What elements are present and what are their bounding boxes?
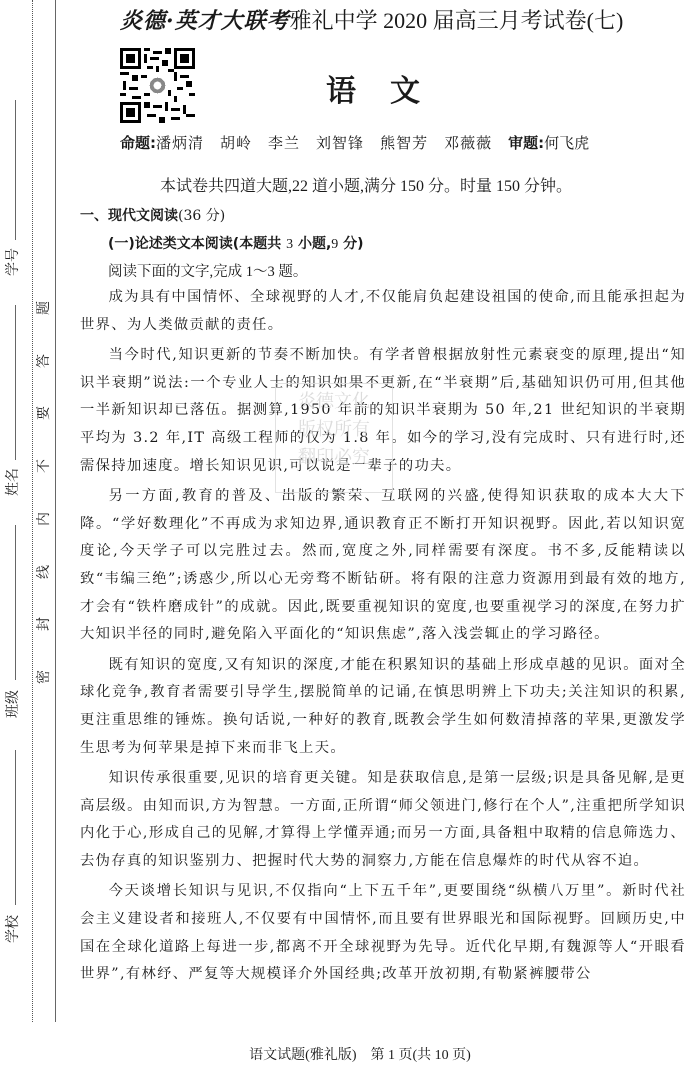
seal-char: 线 [36,565,52,579]
name-label: 姓名 [5,476,21,496]
subject-title: 语文 [326,66,454,110]
seal-char: 密 [36,670,52,684]
qr-code-icon [120,48,195,123]
passage-paragraph: 当今时代,知识更新的节奏不断加快。有学者曾根据放射性元素衰变的原理,提出“知识半… [80,342,686,480]
section-heading: 一、现代文阅读(36 分) [80,205,225,225]
exam-title: 炎德·英才大联考雅礼中学 2020 届高三月考试卷(七) [120,4,680,35]
setter-name: 李兰 [268,134,300,152]
seal-char: 要 [36,406,52,420]
setter-name: 刘智锋 [316,134,364,152]
booklet-name: 语文试题(雅礼版) [249,1048,356,1063]
reading-instruction: 阅读下面的文字,完成 1～3 题。 [108,260,307,281]
setter-label: 命题: [120,134,156,152]
exam-name: 雅礼中学 2020 届高三月考试卷(七) [290,8,624,33]
passage-paragraph: 知识传承很重要,见识的培育更关键。知是获取信息,是第一层级;识是具备见解,是更高… [80,765,686,875]
setter-name: 邓薇薇 [444,134,492,152]
seal-char: 题 [36,301,52,315]
seal-char: 不 [36,459,52,473]
seal-char: 答 [36,354,52,368]
section-title: 一、现代文阅读 [80,208,178,224]
subsection-mid: 小题, [293,236,331,252]
student-id-underline [15,100,16,240]
exam-info: 本试卷共四道大题,22 道小题,满分 150 分。时量 150 分钟。 [160,173,572,196]
section-points: (36 分) [178,208,225,224]
qr-code-graphic [120,48,195,123]
school-label: 学校 [5,923,21,943]
seal-char: 封 [36,617,52,631]
subsection-title: (一)论述类文本阅读(本题共 [108,236,286,252]
reading-passage: 成为具有中国情怀、全球视野的人才,不仅能肩负起建设祖国的使命,而且能承担起为世界… [80,284,686,989]
class-label: 班级 [5,698,21,718]
setter-names: 潘炳清胡岭李兰刘智锋熊智芳邓薇薇 [156,134,508,152]
setter-name: 胡岭 [220,134,252,152]
brand-name: 炎德·英才大联考 [120,8,290,34]
student-id-label: 学号 [5,256,21,276]
passage-paragraph: 成为具有中国情怀、全球视野的人才,不仅能肩负起建设祖国的使命,而且能承担起为世界… [80,284,686,339]
seal-line-solid [55,0,56,1022]
reviewer-name: 何飞虎 [544,134,589,152]
page-footer: 语文试题(雅礼版)第 1 页(共 10 页) [0,1044,700,1064]
passage-paragraph: 既有知识的宽度,又有知识的深度,才能在积累知识的基础上形成卓越的见识。面对全球化… [80,652,686,762]
page-number: 第 1 页(共 10 页) [371,1048,471,1063]
reviewer-label: 审题: [508,134,544,152]
subsection-heading: (一)论述类文本阅读(本题共 3 小题,9 分) [108,233,364,253]
seal-char: 内 [36,512,52,526]
passage-paragraph: 另一方面,教育的普及、出版的繁荣、互联网的兴盛,使得知识获取的成本大大下降。“学… [80,483,686,649]
authors-line: 命题:潘炳清胡岭李兰刘智锋熊智芳邓薇薇审题:何飞虎 [120,132,589,153]
setter-name: 潘炳清 [156,134,204,152]
setter-name: 熊智芳 [380,134,428,152]
subsection-end: 分) [338,236,363,252]
seal-notice: 密 封 线 内 不 要 答 题 [33,300,55,685]
school-underline [15,750,16,905]
passage-paragraph: 今天谈增长知识与见识,不仅指向“上下五千年”,更要围绕“纵横八万里”。新时代社会… [80,878,686,988]
name-underline [15,305,16,460]
class-underline [15,525,16,680]
